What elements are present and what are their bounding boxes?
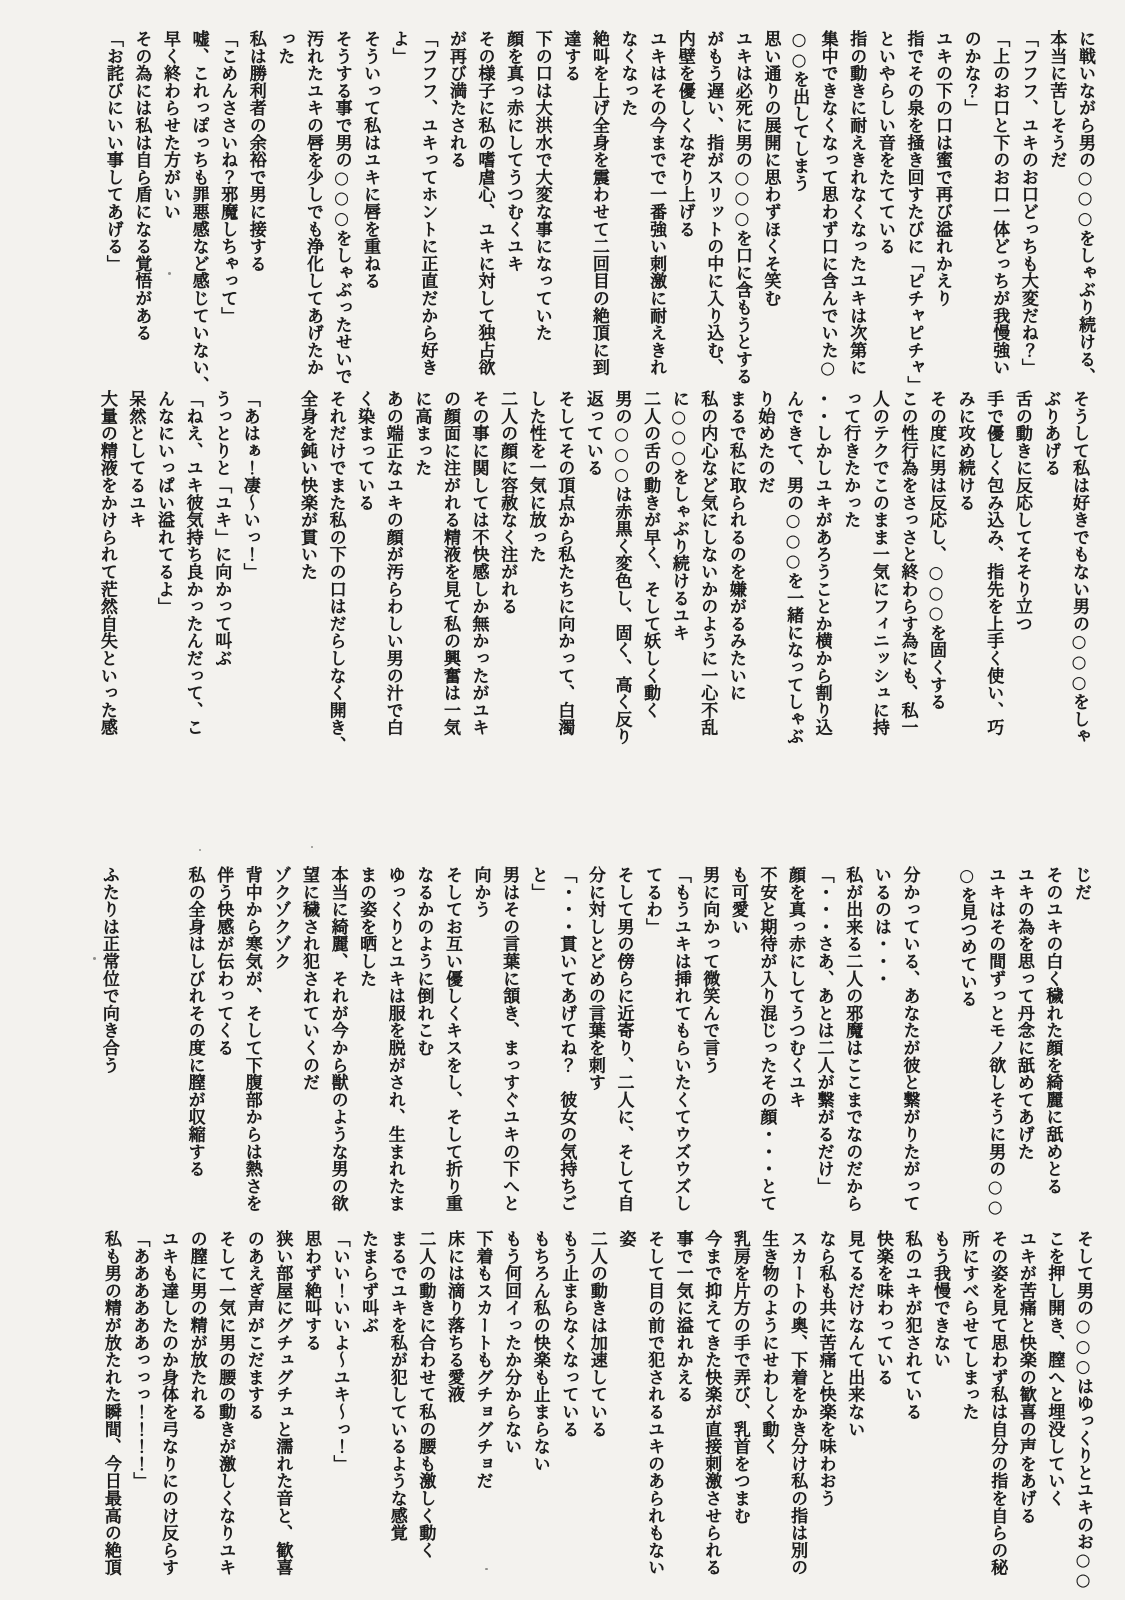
- text-column: のあえぎ声がこだまする: [239, 1230, 268, 1582]
- text-column: ○を見つめている: [952, 866, 981, 1216]
- text-column: 二人の舌の動きが早く、そして妖しく動く: [636, 390, 665, 742]
- text-column: ぶりあげる: [1036, 390, 1065, 742]
- text-column: 「上のお口と下のお口一体どっちが我慢強い: [985, 30, 1014, 402]
- text-column: 「もうユキは挿れてもらいたくてウズウズし: [666, 866, 695, 1216]
- text-column: 「フフフ、ユキってホントに正直だから好き: [413, 30, 442, 402]
- text-column: 「フフフ、ユキのお口どっちも大変だね？」: [1013, 30, 1042, 402]
- text-column: ユキが苦痛と快楽の歓喜の声をあげる: [1011, 1230, 1040, 1582]
- text-column: んなにいっぱい溢れてるよ」: [149, 390, 178, 742]
- text-column: 私が出来る二人の邪魔はここまでなのだから: [838, 866, 867, 1216]
- text-column: うっとりと「ユキ」に向かって叫ぶ: [207, 390, 236, 742]
- text-column: 事で一気に溢れかえる: [668, 1230, 697, 1582]
- text-column: 汚れたユキの唇を少しでも浄化してあげたか: [298, 30, 327, 402]
- text-column: ゾクゾクゾク: [266, 866, 295, 1216]
- scan-speck: [311, 846, 313, 848]
- text-column: く染まっている: [350, 390, 379, 742]
- text-column: もう止まらなくなっている: [554, 1230, 583, 1582]
- text-column: 「・・・さあ、あとは二人が繋がるだけ」: [809, 866, 838, 1216]
- text-column: った: [270, 30, 299, 402]
- text-column: みに攻め続ける: [950, 390, 979, 742]
- text-column: 私のユキが犯されている: [897, 1230, 926, 1582]
- text-column: ユキの為を思って丹念に舐めてあげた: [1009, 866, 1038, 1216]
- text-column: って行きたかった: [836, 390, 865, 742]
- text-column: その為には私は自ら盾になる覚悟がある: [127, 30, 156, 402]
- text-column: そして男の○○○はゆっくりとユキのお○○: [1068, 1230, 1097, 1582]
- text-band-bottom-1: じだそのユキの白く穢れた顔を綺麗に舐めとるユキの為を思って丹念に舐めてあげたユキ…: [94, 866, 1095, 1216]
- text-column: 分に対しとどめの言葉を刺す: [580, 866, 609, 1216]
- text-column: 私も男の精が放たれた瞬間、今日最高の絶頂: [96, 1230, 125, 1582]
- text-column: 呆然としてるユキ: [121, 390, 150, 742]
- text-column: まるで私に取られるのを嫌がるみたいに: [721, 390, 750, 742]
- text-column: 向かう: [466, 866, 495, 1216]
- text-column: に高まった: [407, 390, 436, 742]
- text-column: 指でその泉を掻き回すたびに「ピチャピチャ」: [899, 30, 928, 402]
- text-column: なら私も共に苦痛と快楽を味わおう: [811, 1230, 840, 1582]
- text-column: 姿: [611, 1230, 640, 1582]
- text-column: その事に関しては不快感しか無かったがユキ: [464, 390, 493, 742]
- text-column: と」: [523, 866, 552, 1216]
- text-column: ユキはその今までで一番強い刺激に耐えきれ: [642, 30, 671, 402]
- text-column: まの姿を晒した: [352, 866, 381, 1216]
- text-column: 二人の顔に容赦なく注がれる: [493, 390, 522, 742]
- text-band-top-1: に戦いながら男の○○○をしゃぶり続ける、本当に苦しそうだ「フフフ、ユキのお口どっ…: [98, 30, 1099, 402]
- text-column: 男の○○○は赤黒く変色し、固く、高く反り: [607, 390, 636, 742]
- text-column: 狭い部屋にグチュグチュと濡れた音と、歓喜: [268, 1230, 297, 1582]
- text-column: ふたりは正常位で向き合う: [94, 866, 123, 1216]
- text-column: ユキも達したのか身体を弓なりにのけ反らす: [153, 1230, 182, 1582]
- text-band-bottom-2: そして男の○○○はゆっくりとユキのお○○こを押し開き、膣へと埋没していくユキが苦…: [96, 1230, 1097, 1582]
- text-column: 顔を真っ赤にしてうつむくユキ: [780, 866, 809, 1216]
- text-column: ○○を出してしまう: [784, 30, 813, 402]
- text-column: 本当に綺麗、それが今から獣のような男の欲: [323, 866, 352, 1216]
- text-column: に○○○をしゃぶり続けるユキ: [664, 390, 693, 742]
- text-column: 不安と期待が入り混じったその顔・・・とて: [752, 866, 781, 1216]
- text-column: んできて、男の○○○を一緒になってしゃぶ: [778, 390, 807, 742]
- text-column: そのユキの白く穢れた顔を綺麗に舐めとる: [1038, 866, 1067, 1216]
- text-column: 分かっている、あなたが彼と繋がりたがって: [895, 866, 924, 1216]
- text-column: 下の口は大洪水で大変な事になっていた: [527, 30, 556, 402]
- text-column: なくなった: [613, 30, 642, 402]
- text-band-top-2: そうして私は好きでもない男の○○○をしゃぶりあげる舌の動きに反応してそそり立つ手…: [92, 390, 1093, 742]
- text-column: 「ねえ、ユキ彼気持ち良かったんだって、こ: [178, 390, 207, 742]
- scan-speck: [485, 1568, 488, 1570]
- text-column: この性行為をさっさと終わらす為にも、私一: [893, 390, 922, 742]
- text-column: に戦いながら男の○○○をしゃぶり続ける、: [1070, 30, 1099, 402]
- text-column: 達する: [556, 30, 585, 402]
- text-column: 所にすべらせてしまった: [954, 1230, 983, 1582]
- text-column: 男に向かって微笑んで言う: [695, 866, 724, 1216]
- text-column: その度に男は反応し、○○○を固くする: [921, 390, 950, 742]
- text-column: 手で優しく包み込み、指先を上手く使い、巧: [979, 390, 1008, 742]
- text-column: 思い通りの展開に思わずほくそ笑む: [756, 30, 785, 402]
- text-column: 舌の動きに反応してそそり立つ: [1007, 390, 1036, 742]
- text-column: 私の全身はしびれその度に膣が収縮する: [180, 866, 209, 1216]
- scan-speck: [93, 957, 96, 960]
- text-column: その姿を見て思わず私は自分の指を自らの秘: [983, 1230, 1012, 1582]
- text-column: 嘘、これっぽっちも罪悪感など感じていない、: [184, 30, 213, 402]
- text-column: そしてお互い優しくキスをし、そして折り重: [437, 866, 466, 1216]
- text-column: 私の内心など気にしないかのように一心不乱: [693, 390, 722, 742]
- text-column: ユキの下の口は蜜で再び溢れかえり: [927, 30, 956, 402]
- text-column: それだけでまた私の下の口はだらしなく開き、: [321, 390, 350, 742]
- text-column: が再び満たされる: [441, 30, 470, 402]
- text-column: 下着もスカートもグチョグチョだ: [468, 1230, 497, 1582]
- text-column: 伴う快感が伝わってくる: [209, 866, 238, 1216]
- text-column: がもう遅い、指がスリットの中に入り込む、: [699, 30, 728, 402]
- text-column: も可愛い: [723, 866, 752, 1216]
- text-column: 見てるだけなんて出来ない: [840, 1230, 869, 1582]
- text-column: そういって私はユキに唇を重ねる: [356, 30, 385, 402]
- text-column: なるかのように倒れこむ: [409, 866, 438, 1216]
- text-column: 「あはぁ！凄〜いっ！」: [235, 390, 264, 742]
- text-column: 今まで抑えてきた快楽が直接刺激させられる: [697, 1230, 726, 1582]
- text-column: もちろん私の快楽も止まらない: [525, 1230, 554, 1582]
- text-column: 望に穢され犯されていくのだ: [294, 866, 323, 1216]
- text-column: そしてその頂点から私たちに向かって、白濁: [550, 390, 579, 742]
- text-column: 「ああああああっっっ！！！！」: [125, 1230, 154, 1582]
- text-column: 内壁を優しくなぞり上げる: [670, 30, 699, 402]
- text-column: 生き物のようにせわしく動く: [754, 1230, 783, 1582]
- text-column: 快楽を味わっている: [868, 1230, 897, 1582]
- text-column: 顔を真っ赤にしてうつむくユキ: [499, 30, 528, 402]
- text-column: 指の動きに耐えきれなくなったユキは次第に: [842, 30, 871, 402]
- text-column: 男はその言葉に頷き、まっすぐユキの下へと: [495, 866, 524, 1216]
- text-column: もう我慢できない: [925, 1230, 954, 1582]
- text-column: 集中できなくなって思わず口に含んでいた○: [813, 30, 842, 402]
- text-column: てるわ」: [638, 866, 667, 1216]
- text-column: 思わず絶叫する: [296, 1230, 325, 1582]
- text-column: 「いい！いいよ〜ユキ〜っ！」: [325, 1230, 354, 1582]
- scan-speck: [168, 272, 171, 275]
- text-column: 大量の精液をかけられて茫然自失といった感: [92, 390, 121, 742]
- text-column: 絶叫を上げ全身を震わせて二回目の絶頂に到: [584, 30, 613, 402]
- text-column: 床には滴り落ちる愛液: [439, 1230, 468, 1582]
- text-column: ゆっくりとユキは服を脱がされ、生まれたま: [380, 866, 409, 1216]
- text-column: 二人の動きに合わせて私の腰も激しく動く: [411, 1230, 440, 1582]
- text-column: そして目の前で犯されるユキのあられもない: [640, 1230, 669, 1582]
- text-column: たまらず叫ぶ: [354, 1230, 383, 1582]
- text-column: 私は勝利者の余裕で男に接する: [241, 30, 270, 402]
- text-column: した性を一気に放った: [521, 390, 550, 742]
- text-column: の顔面に注がれる精液を見て私の興奮は一気: [435, 390, 464, 742]
- text-column: そうする事で男の○○○をしゃぶったせいで: [327, 30, 356, 402]
- text-column: のかな？」: [956, 30, 985, 402]
- text-column: り始めたのだ: [750, 390, 779, 742]
- text-column: ・・しかしユキがあろうことか横から割り込: [807, 390, 836, 742]
- text-column: じだ: [1066, 866, 1095, 1216]
- text-column: そして一気に男の腰の動きが激しくなりユキ: [211, 1230, 240, 1582]
- text-column: よ」: [384, 30, 413, 402]
- text-column: あの端正なユキの顔が汚らわしい男の汁で白: [378, 390, 407, 742]
- text-column: といやらしい音をたてている: [870, 30, 899, 402]
- text-column: もう何回イったか分からない: [497, 1230, 526, 1582]
- text-column: そうして私は好きでもない男の○○○をしゃ: [1064, 390, 1093, 742]
- text-column: 早く終わらせた方がいい: [155, 30, 184, 402]
- text-column: 全身を鈍い快楽が貫いた: [292, 390, 321, 742]
- text-column: 乳房を片方の手で弄び、乳首をつまむ: [725, 1230, 754, 1582]
- text-column: ユキは必死に男の○○○を口に含もうとする: [727, 30, 756, 402]
- text-column: 「こめんささいね？邪魔しちゃって」: [213, 30, 242, 402]
- text-column: 「お詫びにいい事してあげる」: [98, 30, 127, 402]
- text-column: その様子に私の嗜虐心、ユキに対して独占欲: [470, 30, 499, 402]
- scan-speck: [199, 849, 201, 851]
- text-column: まるでユキを私が犯しているような感覚: [382, 1230, 411, 1582]
- text-column: の膣に男の精が放たれる: [182, 1230, 211, 1582]
- text-column: 本当に苦しそうだ: [1042, 30, 1071, 402]
- text-column: こを押し開き、膣へと埋没していく: [1040, 1230, 1069, 1582]
- text-column: 二人の動きは加速している: [582, 1230, 611, 1582]
- text-column: ユキはその間ずっとモノ欲しそうに男の○○: [981, 866, 1010, 1216]
- text-column: いるのは・・・: [866, 866, 895, 1216]
- text-column: 背中から寒気が、そして下腹部からは熱さを: [237, 866, 266, 1216]
- text-column: 「・・・貫いてあげてね？ 彼女の気持ちご: [552, 866, 581, 1216]
- scanned-page: に戦いながら男の○○○をしゃぶり続ける、本当に苦しそうだ「フフフ、ユキのお口どっ…: [0, 0, 1125, 1600]
- text-column: スカートの奥、下着をかき分け私の指は別の: [782, 1230, 811, 1582]
- text-column: 人のテクでこのまま一気にフィニッシュに持: [864, 390, 893, 742]
- text-column: 返っている: [578, 390, 607, 742]
- text-column: そして男の傍らに近寄り、二人に、そして自: [609, 866, 638, 1216]
